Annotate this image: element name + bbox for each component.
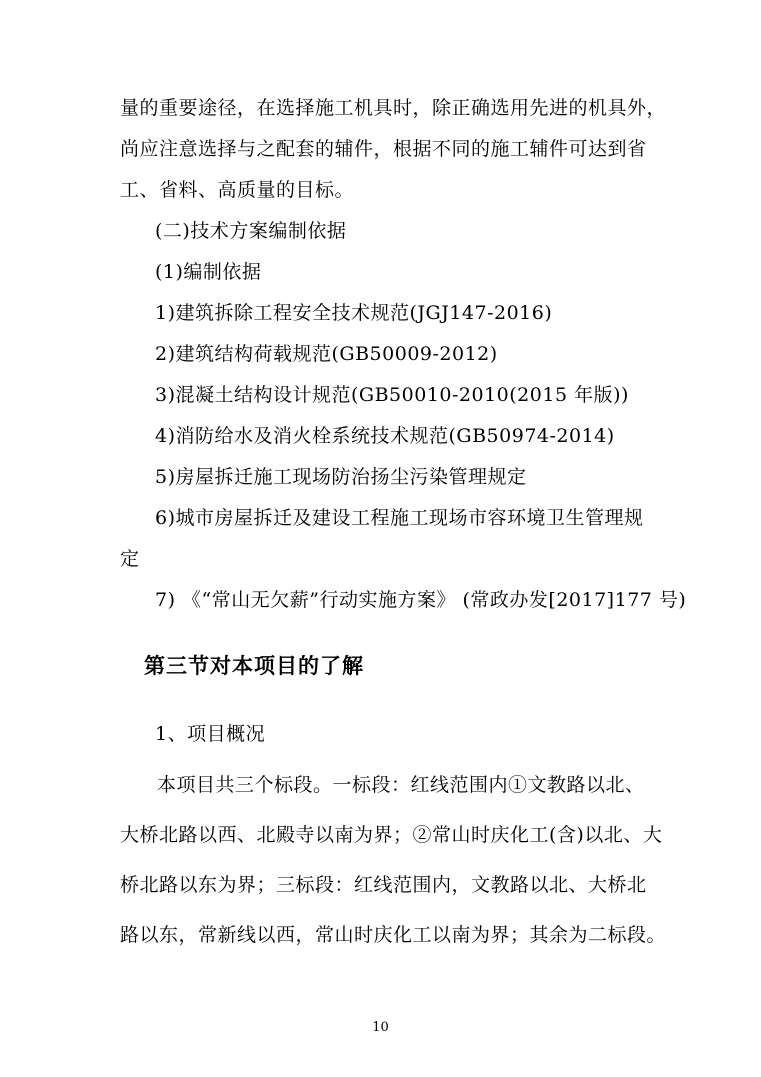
paragraph-line: 尚应注意选择与之配套的辅件，根据不同的施工辅件可达到省 bbox=[120, 129, 653, 170]
list-header-compilation-basis: (1)编制依据 bbox=[120, 252, 653, 293]
subsection-title-project-overview: 1、项目概况 bbox=[120, 714, 653, 755]
document-content: 量的重要途径，在选择施工机具时，除正确选用先进的机具外， 尚应注意选择与之配套的… bbox=[120, 88, 653, 960]
subsection-title-technical-basis: (二)技术方案编制依据 bbox=[120, 211, 653, 252]
paragraph-line: 本项目共三个标段。一标段：红线范围内①文教路以北、 bbox=[120, 760, 653, 810]
paragraph-line: 量的重要途径，在选择施工机具时，除正确选用先进的机具外， bbox=[120, 88, 653, 129]
reference-item: 2)建筑结构荷载规范(GB50009-2012) bbox=[120, 334, 653, 375]
paragraph-line: 桥北路以东为界；三标段：红线范围内，文教路以北、大桥北 bbox=[120, 860, 653, 910]
reference-item: 7) 《“常山无欠薪”行动实施方案》 (常政办发[2017]177 号) bbox=[120, 580, 653, 621]
paragraph-line: 路以东，常新线以西，常山时庆化工以南为界；其余为二标段。 bbox=[120, 910, 653, 960]
reference-item: 3)混凝土结构设计规范(GB50010-2010(2015 年版)) bbox=[120, 375, 653, 416]
project-overview-paragraph: 本项目共三个标段。一标段：红线范围内①文教路以北、 大桥北路以西、北殿寺以南为界… bbox=[120, 760, 653, 960]
document-page: 量的重要途径，在选择施工机具时，除正确选用先进的机具外， 尚应注意选择与之配套的… bbox=[0, 0, 761, 1077]
paragraph-line: 工、省料、高质量的目标。 bbox=[120, 170, 653, 211]
reference-item-continuation: 定 bbox=[120, 539, 653, 580]
section-heading: 第三节对本项目的了解 bbox=[120, 650, 653, 681]
reference-item: 4)消防给水及消火栓系统技术规范(GB50974-2014) bbox=[120, 416, 653, 457]
page-number: 10 bbox=[0, 1020, 761, 1035]
reference-item: 1)建筑拆除工程安全技术规范(JGJ147-2016) bbox=[120, 293, 653, 334]
paragraph-line: 大桥北路以西、北殿寺以南为界；②常山时庆化工(含)以北、大 bbox=[120, 810, 653, 860]
reference-item: 5)房屋拆迁施工现场防治扬尘污染管理规定 bbox=[120, 457, 653, 498]
reference-item: 6)城市房屋拆迁及建设工程施工现场市容环境卫生管理规 bbox=[120, 498, 653, 539]
